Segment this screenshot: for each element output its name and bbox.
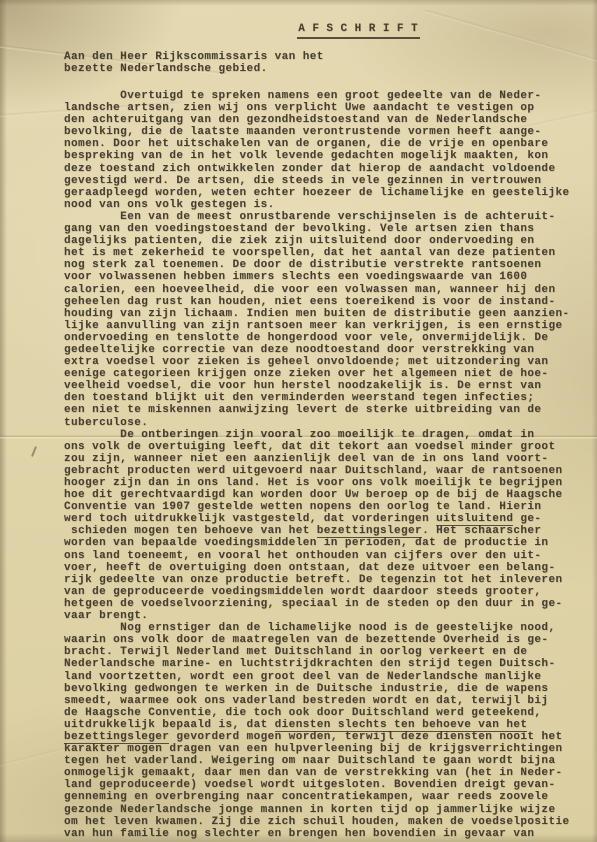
document-line: bespreking van de in het volk levende ge… [64,150,589,162]
text-segment: werd toch uitdrukkelijk vastgesteld, dat… [64,513,436,525]
document-line: bevolking, die de laatste maanden veront… [64,126,589,138]
document-line: hooger zijn dan in ons land. Het is voor… [64,477,589,489]
address-line: bezette Nederlandsche gebied. [64,63,324,75]
document-line: ons volk de overtuiging leeft, dat dit t… [64,441,589,453]
document-line: dagelijks patienten, die ziek zijn uitsl… [64,235,589,247]
document-line: Nog ernstiger dan de lichamelijke nood i… [64,622,589,634]
document-line: gezonde Nederlandsche jonge mannen in ko… [64,804,589,816]
document-line: vaar brengt. [64,610,589,622]
document-line: smeedt, waarmee ook ons vaderland bestre… [64,695,589,707]
document-page: A F S C H R I F T Aan den Heer Rijkscomm… [0,0,597,842]
document-line: extra voedsel voor zieken is geheel onvo… [64,356,589,368]
document-line: het is met zekerheid te voorspellen, dat… [64,247,589,259]
document-line: lijke aanvulling van zijn rantsoen meer … [64,320,589,332]
document-line: onmogelijk gemaakt, daar men dan van de … [64,767,589,779]
document-line: nog sterk zal toenemen. De door de distr… [64,259,589,271]
document-line: ondervoeding en tenslotte de hongerdood … [64,332,589,344]
document-title-text: A F S C H R I F T [297,23,420,39]
document-line: voer, heeft de overtuiging doen ontstaan… [64,562,589,574]
document-line: rijk gedeelte van onze productie betreft… [64,574,589,586]
address-line: Aan den Heer Rijkscommissaris van het [64,51,324,63]
document-line: geheelen dag rust kan houden, niet eens … [64,296,589,308]
address-block: Aan den Heer Rijkscommissaris van hetbez… [64,51,324,75]
underlined-text: diensten slechts ten behoeve van het [275,719,528,732]
document-line: bezettingsleger gevorderd mogen worden, … [64,731,589,743]
text-segment: uitdrukkelijk bepaald is, dat [64,719,275,731]
document-line: tegen het vaderland. Weigering om naar D… [64,755,589,767]
document-line: eenige categorieen krijgen onze zieken o… [64,368,589,380]
document-line: Conventie van 1907 gestelde wetten nopen… [64,501,589,513]
document-line: werd toch uitdrukkelijk vastgesteld, dat… [64,513,589,525]
document-line: De ontberingen zijn vooral zoo moeilijk … [64,429,589,441]
document-line: zou zijn, wanneer niet een aanzienlijk d… [64,453,589,465]
document-body: Overtuigd te spreken namens een groot ge… [64,90,589,840]
document-line: geraadpleegd worden, weten echter hoezee… [64,187,589,199]
document-line: waarin ons volk door de maatregelen van … [64,634,589,646]
pencil-mark [31,446,37,457]
document-line: den achteruitgang van den gezondheidstoe… [64,114,589,126]
document-line: een niet te miskennen aanwijzing levert … [64,404,589,416]
paragraph: Overtuigd te spreken namens een groot ge… [64,90,589,211]
paragraph: Een van de meest onrustbarende verschijn… [64,211,589,429]
document-line: Een van de meest onrustbarende verschijn… [64,211,589,223]
document-line: uitdrukkelijk bepaald is, dat diensten s… [64,719,589,731]
document-line: tuberculose. [64,417,589,429]
document-line: ons land toeneemt, en vooral het onthoud… [64,550,589,562]
document-line: de Haagsche Conventie, die toch ook door… [64,707,589,719]
document-line: veelheid voedsel, die voor hun herstel n… [64,380,589,392]
document-line: land voortzetten, wordt een groot deel v… [64,671,589,683]
document-line: nomen. Door het uitschakelen van de orga… [64,138,589,150]
document-line: deze toestand zich ontwikkelen zonder da… [64,163,589,175]
document-line: gang van den voedingstoestand der bevolk… [64,223,589,235]
document-line: genneming en overbrenging naar concentra… [64,791,589,803]
text-segment: . Het schaarscher [422,525,541,537]
document-line: om het leven kwamen. Zij die zich schuil… [64,816,589,828]
corner-crease [424,9,597,70]
document-line: gevestigd werd. De artsen, die steeds in… [64,175,589,187]
document-line: calorien, een hoeveelheid, die voor een … [64,284,589,296]
document-line: voor volwassenen hebben immers slechts e… [64,271,589,283]
text-segment: gevorderd mogen worden, terwijl deze die… [169,731,562,743]
text-segment: schieden mogen ten behoeve van het [64,525,317,537]
document-line: hoe dit gerechtvaardigd kan worden door … [64,489,589,501]
document-line: bracht. Terwijl Nederland met Duitschlan… [64,646,589,658]
text-segment: ge- [513,513,541,525]
document-line: Nederlandsche marine- en luchtstrijdkrac… [64,658,589,670]
document-line: Overtuigd te spreken namens een groot ge… [64,90,589,102]
document-line: landsche artsen, zien wij ons verplicht … [64,102,589,114]
document-line: schieden mogen ten behoeve van het bezet… [64,525,589,537]
document-line: gebracht producten werd uitgevoerd naar … [64,465,589,477]
document-line: hetgeen de voedselvoorziening, speciaal … [64,598,589,610]
document-line: van de geproduceerde voedingsmiddelen wo… [64,586,589,598]
document-line: van hun familie nog slechter en brengen … [64,828,589,840]
document-line: worden van bepaalde voedingsmiddelen in … [64,537,589,549]
paragraph: De ontberingen zijn vooral zoo moeilijk … [64,429,589,623]
document-title: A F S C H R I F T [269,11,420,51]
document-line: bevolking gedwongen te werken in de Duit… [64,683,589,695]
document-line: den toestand blijkt uit den verminderden… [64,392,589,404]
document-line: land geproduceerde) voedsel wordt uitges… [64,779,589,791]
paragraph: Nog ernstiger dan de lichamelijke nood i… [64,622,589,840]
document-line: gedeeltelijke correctie van deze noodtoe… [64,344,589,356]
document-line: karakter mogen dragen van een hulpverlee… [64,743,589,755]
document-line: nood van ons volk gestegen is. [64,199,589,211]
document-line: houding van zijn lichaam. Indien men bui… [64,308,589,320]
